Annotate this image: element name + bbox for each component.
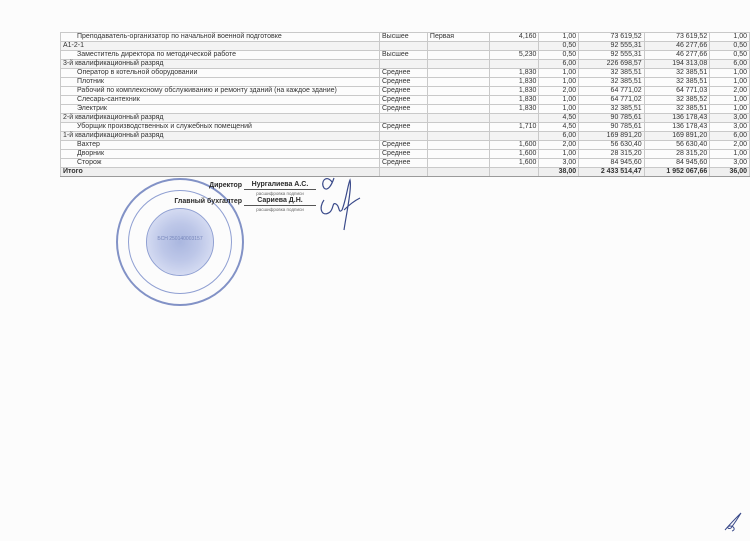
- group-row: А1-2-10,5092 555,3146 277,660,50: [61, 42, 750, 51]
- table-row: Оператор в котельной оборудованииСреднее…: [61, 69, 750, 78]
- cell-education: [380, 114, 428, 123]
- cell-coef: 1,830: [490, 105, 539, 114]
- cell-c1: 1,00: [539, 78, 579, 87]
- group-row: 1-й квалификационный разряд6,00169 891,2…: [61, 132, 750, 141]
- cell-category: [427, 96, 490, 105]
- cell-c3: 136 178,43: [644, 123, 710, 132]
- cell-coef: 4,160: [490, 33, 539, 42]
- cell-c1: 2,00: [539, 141, 579, 150]
- cell-c4: 3,00: [710, 159, 750, 168]
- cell-c4: 2,00: [710, 141, 750, 150]
- cell-category: [427, 105, 490, 114]
- accountant-name: Сариева Д.Н.: [244, 197, 316, 204]
- cell-name: Оператор в котельной оборудовании: [61, 69, 380, 78]
- cell-c2: 56 630,40: [579, 141, 645, 150]
- table-row: Слесарь-сантехникСреднее1,8301,0064 771,…: [61, 96, 750, 105]
- cell-education: Среднее: [380, 141, 428, 150]
- cell-education: Среднее: [380, 105, 428, 114]
- director-name: Нургалиева А.С.: [244, 181, 316, 188]
- cell-name: Электрик: [61, 105, 380, 114]
- cell-c4: 1,00: [710, 96, 750, 105]
- cell-c3: 1 952 067,66: [644, 168, 710, 177]
- director-caption: расшифровка подписи: [244, 191, 316, 196]
- cell-c1: 1,00: [539, 105, 579, 114]
- cell-c2: 92 555,31: [579, 51, 645, 60]
- cell-c2: 32 385,51: [579, 105, 645, 114]
- cell-c2: 64 771,02: [579, 96, 645, 105]
- cell-coef: [490, 60, 539, 69]
- cell-c3: 169 891,20: [644, 132, 710, 141]
- cell-category: [427, 69, 490, 78]
- cell-education: Среднее: [380, 69, 428, 78]
- cell-c1: 6,00: [539, 60, 579, 69]
- cell-coef: [490, 168, 539, 177]
- cell-coef: 1,830: [490, 96, 539, 105]
- document-page: Преподаватель-организатор по начальной в…: [0, 0, 750, 541]
- table-row: ДворникСреднее1,6001,0028 315,2028 315,2…: [61, 150, 750, 159]
- cell-c2: 90 785,61: [579, 114, 645, 123]
- cell-c3: 73 619,52: [644, 33, 710, 42]
- cell-category: [427, 42, 490, 51]
- cell-category: Первая: [427, 33, 490, 42]
- cell-name: Преподаватель-организатор по начальной в…: [61, 33, 380, 42]
- table-row: ПлотникСреднее1,8301,0032 385,5132 385,5…: [61, 78, 750, 87]
- cell-c4: 2,00: [710, 87, 750, 96]
- cell-c2: 226 698,57: [579, 60, 645, 69]
- accountant-role: Главный бухгалтер: [152, 198, 242, 205]
- cell-coef: 1,600: [490, 141, 539, 150]
- cell-name: 3-й квалификационный разряд: [61, 60, 380, 69]
- cell-c2: 84 945,60: [579, 159, 645, 168]
- cell-category: [427, 51, 490, 60]
- total-row: Итого38,002 433 514,471 952 067,6636,00: [61, 168, 750, 177]
- cell-c2: 32 385,51: [579, 69, 645, 78]
- cell-name: Дворник: [61, 150, 380, 159]
- cell-c4: 1,00: [710, 105, 750, 114]
- cell-education: Среднее: [380, 150, 428, 159]
- cell-coef: [490, 42, 539, 51]
- group-row: 2-й квалификационный разряд4,5090 785,61…: [61, 114, 750, 123]
- cell-coef: 1,600: [490, 150, 539, 159]
- table-row: ЭлектрикСреднее1,8301,0032 385,5132 385,…: [61, 105, 750, 114]
- cell-name: Заместитель директора по методической ра…: [61, 51, 380, 60]
- cell-c2: 169 891,20: [579, 132, 645, 141]
- cell-education: [380, 132, 428, 141]
- cell-c3: 84 945,60: [644, 159, 710, 168]
- cell-c4: 3,00: [710, 114, 750, 123]
- cell-c3: 136 178,43: [644, 114, 710, 123]
- cell-c4: 1,00: [710, 69, 750, 78]
- cell-name: 1-й квалификационный разряд: [61, 132, 380, 141]
- cell-coef: 1,830: [490, 78, 539, 87]
- cell-c2: 73 619,52: [579, 33, 645, 42]
- cell-c2: 90 785,61: [579, 123, 645, 132]
- cell-c3: 64 771,03: [644, 87, 710, 96]
- cell-coef: 5,230: [490, 51, 539, 60]
- cell-name: Слесарь-сантехник: [61, 96, 380, 105]
- handwritten-signature: [318, 170, 364, 236]
- cell-education: Среднее: [380, 159, 428, 168]
- cell-c1: 4,50: [539, 114, 579, 123]
- cell-c2: 64 771,02: [579, 87, 645, 96]
- cell-c3: 28 315,20: [644, 150, 710, 159]
- cell-education: Среднее: [380, 78, 428, 87]
- cell-name: А1-2-1: [61, 42, 380, 51]
- cell-name: Рабочий по комплексному обслуживанию и р…: [61, 87, 380, 96]
- cell-category: [427, 87, 490, 96]
- table-row: Заместитель директора по методической ра…: [61, 51, 750, 60]
- cell-category: [427, 150, 490, 159]
- cell-coef: 1,830: [490, 87, 539, 96]
- cell-c1: 2,00: [539, 87, 579, 96]
- cell-c3: 32 385,51: [644, 78, 710, 87]
- cell-c1: 6,00: [539, 132, 579, 141]
- table-row: Рабочий по комплексному обслуживанию и р…: [61, 87, 750, 96]
- cell-name: Сторож: [61, 159, 380, 168]
- cell-c4: 1,00: [710, 33, 750, 42]
- cell-education: [380, 42, 428, 51]
- cell-coef: 1,710: [490, 123, 539, 132]
- cell-coef: 1,600: [490, 159, 539, 168]
- cell-c4: 3,00: [710, 123, 750, 132]
- cell-category: [427, 78, 490, 87]
- cell-c4: 6,00: [710, 132, 750, 141]
- cell-category: [427, 168, 490, 177]
- cell-category: [427, 132, 490, 141]
- table-row: СторожСреднее1,6003,0084 945,6084 945,60…: [61, 159, 750, 168]
- stamp-emblem: [146, 208, 214, 276]
- corner-initials-mark: [722, 510, 744, 534]
- director-signature-line: [244, 189, 316, 190]
- cell-category: [427, 141, 490, 150]
- cell-coef: [490, 132, 539, 141]
- cell-name: 2-й квалификационный разряд: [61, 114, 380, 123]
- table-row: ВахтерСреднее1,6002,0056 630,4056 630,40…: [61, 141, 750, 150]
- cell-c3: 56 630,40: [644, 141, 710, 150]
- cell-c4: 1,00: [710, 78, 750, 87]
- cell-c4: 0,50: [710, 42, 750, 51]
- cell-education: Высшее: [380, 51, 428, 60]
- director-role: Директор: [152, 182, 242, 189]
- table-row: Уборщик производственных и служебных пом…: [61, 123, 750, 132]
- cell-c1: 1,00: [539, 33, 579, 42]
- group-row: 3-й квалификационный разряд6,00226 698,5…: [61, 60, 750, 69]
- cell-coef: 1,830: [490, 69, 539, 78]
- cell-c2: 2 433 514,47: [579, 168, 645, 177]
- cell-c3: 194 313,08: [644, 60, 710, 69]
- cell-name: Уборщик производственных и служебных пом…: [61, 123, 380, 132]
- cell-c4: 36,00: [710, 168, 750, 177]
- cell-category: [427, 60, 490, 69]
- cell-c1: 0,50: [539, 42, 579, 51]
- cell-c4: 1,00: [710, 150, 750, 159]
- staff-table: Преподаватель-организатор по начальной в…: [60, 32, 750, 177]
- cell-c3: 32 385,51: [644, 105, 710, 114]
- cell-c1: 3,00: [539, 159, 579, 168]
- cell-c1: 38,00: [539, 168, 579, 177]
- cell-category: [427, 114, 490, 123]
- cell-education: [380, 60, 428, 69]
- stamp-text: БСН 250140003157: [118, 236, 242, 242]
- table-row: Преподаватель-организатор по начальной в…: [61, 33, 750, 42]
- cell-coef: [490, 114, 539, 123]
- cell-education: Высшее: [380, 33, 428, 42]
- accountant-signature-line: [244, 205, 316, 206]
- cell-c2: 32 385,51: [579, 78, 645, 87]
- cell-c3: 32 385,51: [644, 69, 710, 78]
- cell-c3: 46 277,66: [644, 42, 710, 51]
- cell-c2: 28 315,20: [579, 150, 645, 159]
- cell-c4: 6,00: [710, 60, 750, 69]
- cell-name: Плотник: [61, 78, 380, 87]
- cell-category: [427, 123, 490, 132]
- cell-education: Среднее: [380, 87, 428, 96]
- cell-name: Вахтер: [61, 141, 380, 150]
- cell-category: [427, 159, 490, 168]
- cell-c1: 1,00: [539, 69, 579, 78]
- cell-education: [380, 168, 428, 177]
- cell-education: Среднее: [380, 123, 428, 132]
- accountant-caption: расшифровка подписи: [244, 207, 316, 212]
- cell-c3: 32 385,52: [644, 96, 710, 105]
- cell-education: Среднее: [380, 96, 428, 105]
- cell-c1: 1,00: [539, 96, 579, 105]
- cell-c4: 0,50: [710, 51, 750, 60]
- cell-c1: 0,50: [539, 51, 579, 60]
- cell-c1: 1,00: [539, 150, 579, 159]
- cell-c1: 4,50: [539, 123, 579, 132]
- cell-c2: 92 555,31: [579, 42, 645, 51]
- cell-c3: 46 277,66: [644, 51, 710, 60]
